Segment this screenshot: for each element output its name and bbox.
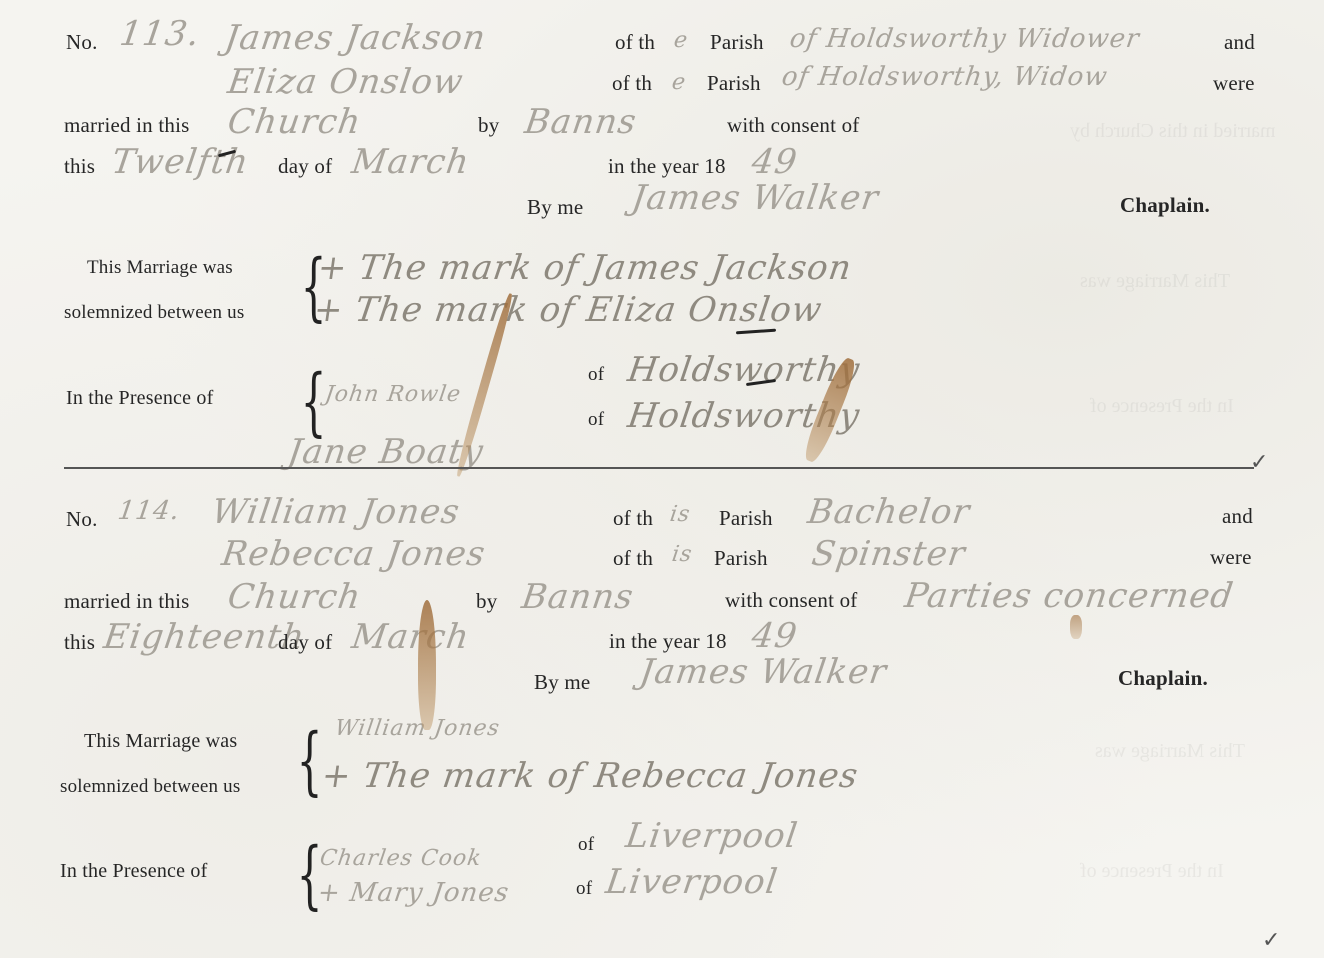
signature-party-1: William Jones — [333, 716, 501, 741]
witness-2: Jane Boaty — [285, 432, 486, 472]
groom-name: William Jones — [209, 492, 462, 532]
presence-label: In the Presence of — [60, 860, 207, 883]
th-suffix: e — [672, 28, 690, 53]
of-label: of — [576, 878, 592, 900]
check-mark-icon: ✓ — [1262, 928, 1280, 953]
place-of-marriage: Church — [225, 577, 364, 617]
year-label: in the year 18 — [608, 154, 726, 179]
witness-1: John Rowle — [323, 382, 463, 407]
consent-label: with consent of — [727, 113, 859, 138]
day-of-label: day of — [278, 630, 332, 655]
month-of-marriage: March — [349, 142, 472, 182]
married-in-label: married in this — [64, 113, 189, 138]
groom-parish-condition: of Holdsworthy Widower — [788, 24, 1142, 54]
of-label: of — [578, 834, 594, 856]
of-the-label: of th — [613, 506, 653, 531]
chaplain-label: Chaplain. — [1120, 193, 1210, 218]
bride-parish-condition: of Holdsworthy, Widow — [780, 62, 1110, 92]
were-label: were — [1213, 71, 1255, 96]
th-suffix: is — [668, 502, 692, 527]
this-label: this — [64, 154, 95, 179]
groom-name: James Jackson — [222, 18, 489, 58]
entry-number: 113. — [117, 14, 202, 54]
year-suffix: 49 — [749, 616, 800, 656]
witness-1-of: Liverpool — [623, 816, 800, 856]
consent-of: Parties concerned — [902, 576, 1236, 616]
solemnized-label-line1: This Marriage was — [84, 730, 237, 753]
this-label: this — [64, 630, 95, 655]
by-label: by — [476, 589, 497, 614]
month-of-marriage: March — [349, 617, 472, 657]
witness-1-of: Holdsworthy — [625, 350, 862, 390]
parish-label: Parish — [719, 506, 773, 531]
were-label: were — [1210, 545, 1252, 570]
marriage-by: Banns — [519, 577, 636, 617]
year-suffix: 49 — [749, 142, 800, 182]
ink-stain — [1070, 615, 1082, 639]
bleed-through-text: married in this Church by — [1070, 120, 1276, 143]
bride-parish-condition: Spinster — [809, 534, 968, 574]
solemnized-label-line1: This Marriage was — [87, 257, 233, 279]
solemnized-label-line2: solemnized between us — [64, 302, 244, 324]
brace: { — [297, 724, 323, 798]
of-label: of — [588, 364, 604, 386]
year-label: in the year 18 — [609, 629, 727, 654]
chaplain-label: Chaplain. — [1118, 666, 1208, 691]
check-mark-icon: ✓ — [1250, 450, 1268, 475]
bleed-through-text: This Marriage was — [1080, 270, 1230, 293]
parish-label: Parish — [707, 71, 761, 96]
of-label: of — [588, 409, 604, 431]
witness-1: Charles Cook — [318, 846, 483, 871]
day-of-label: day of — [278, 154, 332, 179]
signature-party-2: + The mark of Rebecca Jones — [319, 756, 861, 796]
bleed-through-text: This Marriage was — [1095, 740, 1245, 763]
of-the-label: of th — [612, 71, 652, 96]
day-of-marriage: Twelfth — [109, 142, 251, 182]
witness-2-of: Liverpool — [603, 862, 780, 902]
brace: { — [301, 365, 327, 439]
place-of-marriage: Church — [225, 102, 364, 142]
married-in-label: married in this — [64, 589, 189, 614]
solemnized-label-line2: solemnized between us — [60, 776, 240, 798]
and-label: and — [1224, 30, 1255, 55]
parish-label: Parish — [714, 546, 768, 571]
by-me-label: By me — [527, 195, 583, 220]
no-label: No. — [66, 507, 98, 532]
groom-parish-condition: Bachelor — [805, 492, 973, 532]
marriage-by: Banns — [522, 102, 639, 142]
officiant-signature: James Walker — [629, 178, 881, 218]
signature-party-2: + The mark of Eliza Onslow — [311, 290, 825, 330]
bleed-through-text: In the Presence of — [1080, 860, 1224, 883]
witness-2: + Mary Jones — [316, 878, 511, 908]
by-me-label: By me — [534, 670, 590, 695]
presence-label: In the Presence of — [66, 387, 213, 410]
register-page: married in this Church by This Marriage … — [0, 0, 1324, 958]
of-the-label: of th — [615, 30, 655, 55]
and-label: and — [1222, 504, 1253, 529]
consent-label: with consent of — [725, 588, 857, 613]
th-suffix: e — [670, 70, 688, 95]
parish-label: Parish — [710, 30, 764, 55]
of-the-label: of th — [613, 546, 653, 571]
bride-name: Rebecca Jones — [219, 534, 488, 574]
signature-party-1: + The mark of James Jackson — [315, 248, 854, 288]
by-label: by — [478, 113, 499, 138]
entry-separator — [64, 467, 1254, 469]
bride-name: Eliza Onslow — [225, 62, 466, 102]
ink-stain — [418, 600, 436, 730]
no-label: No. — [66, 30, 98, 55]
th-suffix: is — [670, 542, 694, 567]
bleed-through-text: In the Presence of — [1090, 395, 1234, 418]
entry-number: 114. — [116, 496, 182, 526]
officiant-signature: James Walker — [637, 652, 889, 692]
day-of-marriage: Eighteenth — [101, 617, 307, 657]
